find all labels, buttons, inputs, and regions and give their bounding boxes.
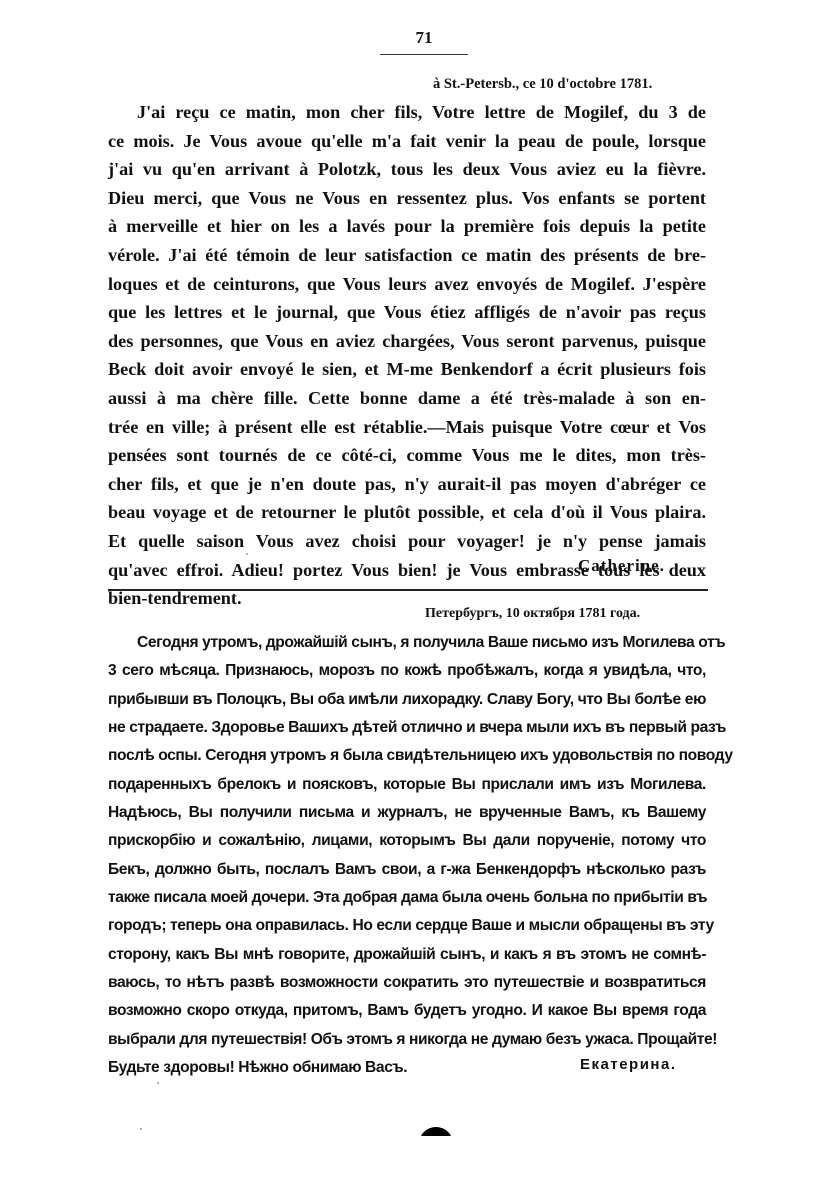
text-line: aussi à ma chère fille. Cette bonne dame… (108, 384, 706, 413)
text-line: Надѣюсь, Вы получили письма и журналъ, н… (108, 799, 706, 827)
text-line: выбрали для путешествія! Объ этомъ я ник… (108, 1026, 706, 1054)
text-line: beau voyage et de retourner le plutôt po… (108, 498, 706, 527)
text-line: сторону, какъ Вы мнѣ говорите, дрожайшій… (108, 941, 706, 969)
text-line: J'ai reçu ce matin, mon cher fils, Votre… (108, 98, 706, 127)
text-line: loques et de ceinturons, que Vous leurs … (108, 270, 706, 299)
text-line: pensées sont tournés de ce côté-ci, comm… (108, 441, 706, 470)
russian-dateline: Петербургъ, 10 октября 1781 года. (425, 606, 640, 622)
text-line: послѣ оспы. Сегодня утромъ я была свидѣт… (108, 742, 706, 770)
russian-letter-body: Сегодня утромъ, дрожайшій сынъ, я получи… (108, 629, 706, 1083)
text-line: Et quelle saison Vous avez choisi pour v… (108, 527, 706, 556)
section-separator (108, 589, 708, 591)
text-line: à merveille et hier on les a lavés pour … (108, 212, 706, 241)
text-line: Сегодня утромъ, дрожайшій сынъ, я получи… (108, 629, 706, 657)
french-letter-body: J'ai reçu ce matin, mon cher fils, Votre… (108, 98, 706, 613)
text-line: Бекъ, должно быть, послалъ Вамъ свои, а … (108, 856, 706, 884)
text-line: que les lettres et le journal, que Vous … (108, 298, 706, 327)
text-line: des personnes, que Vous en aviez chargée… (108, 327, 706, 356)
text-line: подаренныхъ брелокъ и поясковъ, которые … (108, 771, 706, 799)
page-number-rule (380, 54, 468, 55)
text-line: прискорбію и сожалѣнію, лицами, которымъ… (108, 827, 706, 855)
text-line: также писала моей дочери. Эта добрая дам… (108, 884, 706, 912)
ornament-icon (420, 1127, 452, 1137)
text-line: trée en ville; à présent elle est rétabl… (108, 413, 706, 442)
russian-signature: Екатерина. (580, 1056, 677, 1073)
text-line: Beck doit avoir envoyé le sien, et M-me … (108, 355, 706, 384)
text-line: j'ai vu qu'en arrivant à Polotzk, tous l… (108, 155, 706, 184)
text-line: 3 сего мѣсяца. Признаюсь, морозъ по кожѣ… (108, 657, 706, 685)
text-line: ваюсь, то нѣтъ развѣ возможности сократи… (108, 969, 706, 997)
text-line: cher fils, et que je n'en doute pas, n'y… (108, 470, 706, 499)
scan-speck (246, 553, 248, 555)
text-line: ce mois. Je Vous avoue qu'elle m'a fait … (108, 127, 706, 156)
text-line: возможно скоро откуда, притомъ, Вамъ буд… (108, 997, 706, 1025)
text-line: прибывши въ Полоцкъ, Вы оба имѣли лихора… (108, 686, 706, 714)
text-line: Dieu merci, que Vous ne Vous en ressente… (108, 184, 706, 213)
french-dateline: à St.-Petersb., ce 10 d'octobre 1781. (433, 76, 652, 93)
text-line: vérole. J'ai été témoin de leur satisfac… (108, 241, 706, 270)
french-signature: Catherine. (578, 556, 665, 576)
text-line: городъ; теперь она оправилась. Но если с… (108, 912, 706, 940)
scan-speck (157, 1082, 159, 1084)
text-line: не страдаете. Здоровье Вашихъ дѣтей отли… (108, 714, 706, 742)
page-number: 71 (380, 28, 468, 48)
scan-speck (140, 1128, 142, 1130)
